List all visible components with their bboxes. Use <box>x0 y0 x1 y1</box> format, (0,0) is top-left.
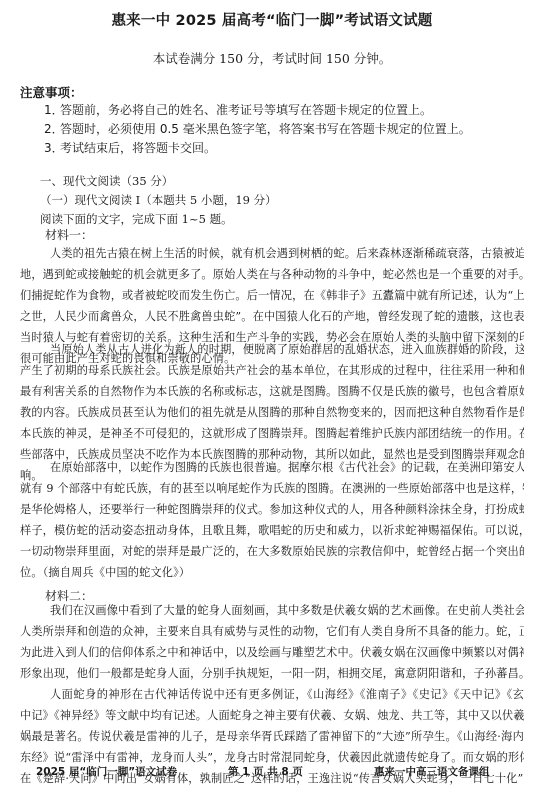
text-line: 最有利害关系的自然物作为本氏族的名称或标志，这就是图腾。图腾不仅是氏族的徽号，也… <box>20 381 524 402</box>
notice-heading: 注意事项： <box>20 83 83 101</box>
material-one-paragraph-3: 在原始部落中，以蛇作为图腾的氏族也很普遍。据摩尔根《古代社会》的记载，在美洲印第… <box>20 457 524 583</box>
text-line: 在原始部落中，以蛇作为图腾的氏族也很普遍。据摩尔根《古代社会》的记载，在美洲印第… <box>20 457 524 478</box>
notice-item: 2．答题时，必须使用 0.5 毫米黑色签字笔，将答案书写在答题卡规定的位置上。 <box>44 120 471 139</box>
notice-text: 答题时，必须使用 0.5 毫米黑色签字笔，将答案书写在答题卡规定的位置上。 <box>60 122 471 136</box>
text-line: 位。（摘自周兵《中国的蛇文化》） <box>20 562 524 583</box>
text-line: 娲最是著名。传说伏羲是雷神的儿子，是母亲华胥氏踩踏了雷神留下的“大迹”所孕生。《… <box>20 726 524 747</box>
notice-item: 3．考试结束后，将答题卡交回。 <box>44 139 471 158</box>
text-line: 样子，模仿蛇的活动姿态扭动身体，且歌且舞，歌唱蛇的历史和威力，以祈求蛇神赐福保佑… <box>20 520 524 541</box>
text-line: 地，遇到蛇或接触蛇的机会就更多了。原始人类在与各种动物的斗争中，蛇必然也是一个重… <box>20 264 524 285</box>
material-two-paragraph-1: 我们在汉画像中看到了大量的蛇身人面刻画，其中多数是伏羲女娲的艺术画像。在史前人类… <box>20 600 524 684</box>
footer-page-number: 第 1 页 共 8 页 <box>228 764 303 779</box>
text-line: 是华伦姆格人，还要举行一种蛇图腾崇拜的仪式。参加这种仪式的人，用各种颜料涂抹全身… <box>20 499 524 520</box>
text-line: 当原始人类从古人进化为新人的时期，便脱离了原始群居的乱婚状态，进入血族群婚的阶段… <box>20 339 524 360</box>
text-line: 我们在汉画像中看到了大量的蛇身人面刻画，其中多数是伏羲女娲的艺术画像。在史前人类… <box>20 600 524 621</box>
footer-exam-name: 2025 届“临门一脚”语文试卷 <box>36 764 177 779</box>
text-line: 产生了初期的母系氏族社会。氏族是原始共产社会的基本单位，在其形成的过程中，往往采… <box>20 360 524 381</box>
text-line: 一切动物崇拜里面，对蛇的崇拜是最广泛的，在大多数原始民族的宗教信仰中，蛇曾经占据… <box>20 541 524 562</box>
section-subheading: （一）现代文阅读 I（本题共 5 小题，19 分） <box>40 191 277 210</box>
material-one-label: 材料一： <box>45 226 93 243</box>
footer-department: 惠来一中高三语文备课组 <box>374 764 490 779</box>
notice-num: 1． <box>44 101 60 120</box>
text-line: 人类的祖先古猿在树上生活的时候，就有机会遇到树栖的蛇。后来森林逐渐稀疏衰落，古猿… <box>20 243 524 264</box>
notice-num: 2． <box>44 120 60 139</box>
exam-page: 惠来一中 2025 届高考“临门一脚”考试语文试题 本试卷满分 150 分，考试… <box>0 0 544 793</box>
text-line: 们捕捉蛇作为食物，或者被蛇咬而发生伤亡。后一情况，在《韩非子》五蠹篇中就有所记述… <box>20 285 524 306</box>
text-line: 就有 9 个部落中有蛇氏族，有的甚至以响尾蛇作为氏族的图腾。在澳洲的一些原始部落… <box>20 478 524 499</box>
exam-subtitle: 本试卷满分 150 分，考试时间 150 分钟。 <box>0 49 544 67</box>
notice-text: 考试结束后，将答题卡交回。 <box>60 141 216 155</box>
text-line: 本氏族的神灵，是神圣不可侵犯的，这就形成了图腾崇拜。图腾起着维护氏族内部团结统一… <box>20 423 524 444</box>
notice-text: 答题前，务必将自己的姓名、准考证号等填写在答题卡规定的位置上。 <box>60 103 432 117</box>
text-line: 教的内容。氏族成员甚至认为他们的祖先就是从图腾的那种自然物变来的，因而把这种自然… <box>20 402 524 423</box>
exam-title: 惠来一中 2025 届高考“临门一脚”考试语文试题 <box>0 9 544 30</box>
text-line: 中记》《神异经》等文献中均有记述。人面蛇身之神主要有伏羲、女娲、烛龙、共工等，其… <box>20 705 524 726</box>
text-line: 为此进入到人们的信仰体系之中和神话中，以及绘画与雕塑艺术中。伏羲女娲在汉画像中频… <box>20 642 524 663</box>
text-line: 人面蛇身的神形在古代神话传说中还有更多例证，《山海经》《淮南子》《史记》《天中记… <box>20 684 524 705</box>
notice-num: 3． <box>44 139 60 158</box>
text-line: 之世，人民少而禽兽众，人民不胜禽兽虫蛇”。在中国猿人化石的产地，曾经发现了蛇的遗… <box>20 306 524 327</box>
section-heading: 一、现代文阅读（35 分） <box>40 172 173 191</box>
notice-list: 1．答题前，务必将自己的姓名、准考证号等填写在答题卡规定的位置上。 2．答题时，… <box>44 101 471 158</box>
text-line: 形象出现，他们一般都是蛇身人面，分别手执规矩，一阳一阴，相拥交尾，寓意阴阳谐和，… <box>20 663 524 684</box>
notice-item: 1．答题前，务必将自己的姓名、准考证号等填写在答题卡规定的位置上。 <box>44 101 471 120</box>
text-line: 人类所崇拜和创造的众神，主要来自具有威势与灵性的动物，它们有人类自身所不具备的能… <box>20 621 524 642</box>
